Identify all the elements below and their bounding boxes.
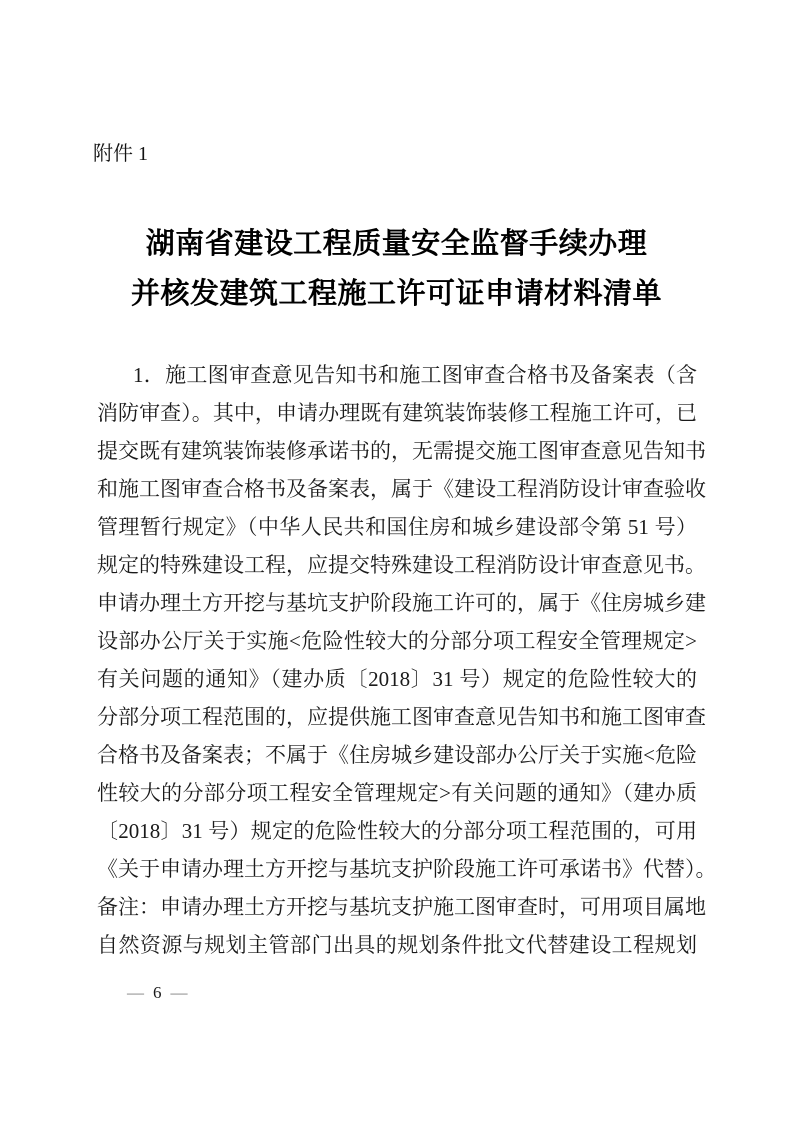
document-page: 附件 1 湖南省建设工程质量安全监督手续办理 并核发建筑工程施工许可证申请材料清… [0, 0, 793, 1122]
body-line: 消防审查）。其中，申请办理既有建筑装饰装修工程施工许可，已 [97, 394, 697, 432]
document-title: 湖南省建设工程质量安全监督手续办理 并核发建筑工程施工许可证申请材料清单 [0, 219, 793, 319]
body-line: 《关于申请办理土方开挖与基坑支护阶段施工许可承诺书》代替）。 [97, 850, 697, 888]
body-line: 有关问题的通知》（建办质〔2018〕31 号）规定的危险性较大的 [97, 660, 697, 698]
body-line: 提交既有建筑装饰装修承诺书的，无需提交施工图审查意见告知书 [97, 432, 697, 470]
body-line: 申请办理土方开挖与基坑支护阶段施工许可的，属于《住房城乡建 [97, 584, 697, 622]
page-number-dash-left: — [127, 983, 144, 1003]
body-line: 设部办公厅关于实施<危险性较大的分部分项工程安全管理规定> [97, 622, 697, 660]
document-body: 1．施工图审查意见告知书和施工图审查合格书及备案表（含 消防审查）。其中，申请办… [97, 356, 697, 964]
page-footer: — 6 — [127, 983, 188, 1003]
attachment-label: 附件 1 [93, 141, 148, 167]
body-line: 分部分项工程范围的，应提供施工图审查意见告知书和施工图审查 [97, 698, 697, 736]
page-number-dash-right: — [171, 983, 188, 1003]
body-line: 〔2018〕31 号）规定的危险性较大的分部分项工程范围的，可用 [97, 812, 697, 850]
body-line: 性较大的分部分项工程安全管理规定>有关问题的通知》（建办质 [97, 774, 697, 812]
body-line: 和施工图审查合格书及备案表，属于《建设工程消防设计审查验收 [97, 470, 697, 508]
body-line: 管理暂行规定》（中华人民共和国住房和城乡建设部令第 51 号） [97, 508, 697, 546]
document-title-line-1: 湖南省建设工程质量安全监督手续办理 [0, 219, 793, 269]
document-title-line-2: 并核发建筑工程施工许可证申请材料清单 [0, 269, 793, 319]
body-line: 合格书及备案表；不属于《住房城乡建设部办公厅关于实施<危险 [97, 736, 697, 774]
body-line: 1．施工图审查意见告知书和施工图审查合格书及备案表（含 [97, 356, 697, 394]
page-number: 6 [153, 983, 162, 1003]
body-line: 规定的特殊建设工程，应提交特殊建设工程消防设计审查意见书。 [97, 546, 697, 584]
body-line: 备注：申请办理土方开挖与基坑支护施工图审查时，可用项目属地 [97, 888, 697, 926]
body-line: 自然资源与规划主管部门出具的规划条件批文代替建设工程规划 [97, 926, 697, 964]
